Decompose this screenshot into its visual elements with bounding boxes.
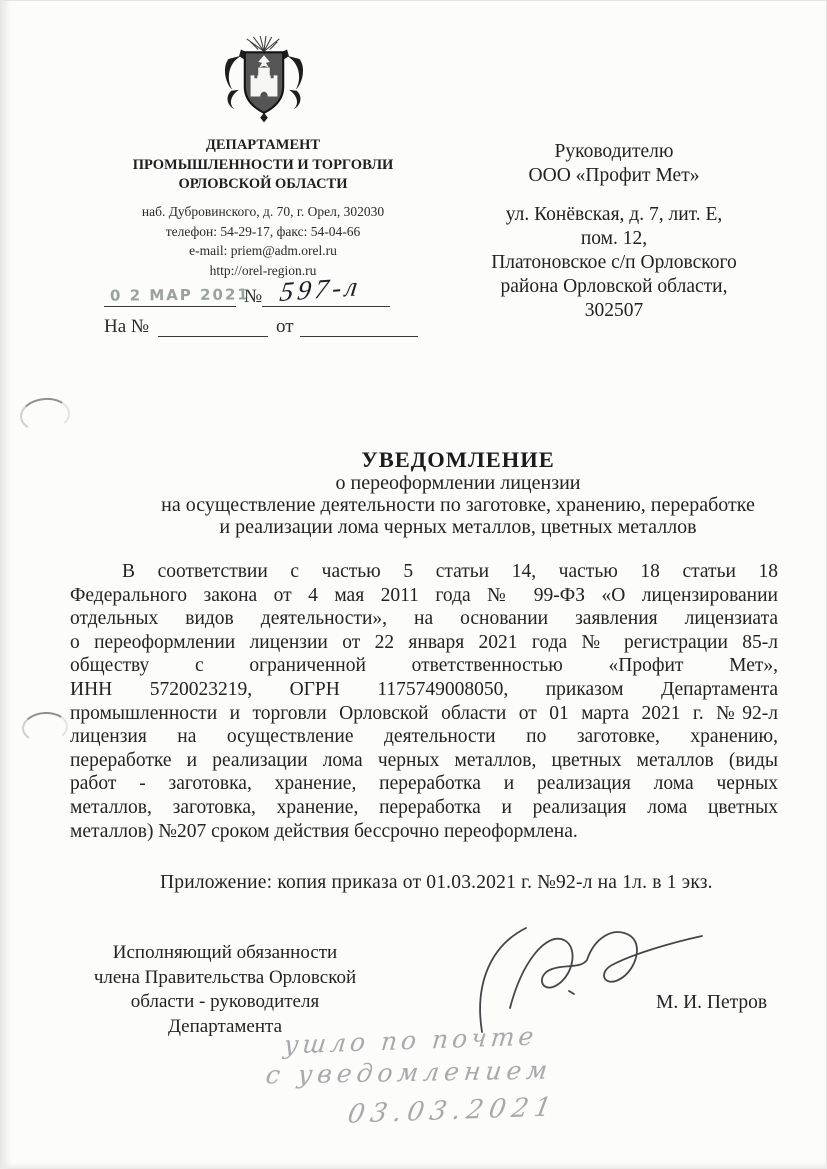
notice-subtitle-line: на осуществление деятельности по заготов… [80, 495, 827, 517]
body-line: ИНН 5720023219, ОГРН 1175749008050, прик… [70, 678, 778, 702]
body-line: лицензия на осуществление деятельности п… [70, 725, 778, 749]
reply-number-label: На № [104, 316, 149, 338]
handwritten-note-date: 03.03.2021 [345, 1092, 559, 1129]
body-line: переработке и реализации лома черных мет… [70, 749, 778, 773]
body-line: обществу с ограниченной ответственностью… [70, 654, 778, 678]
notice-heading: УВЕДОМЛЕНИЕ [80, 447, 827, 473]
scan-edge-shadow [0, 0, 11, 1169]
body-paragraph: В соответствии с частью 5 статьи 14, час… [70, 560, 778, 843]
body-line: металлов) №207 сроком действия бессрочно… [70, 820, 778, 844]
recipient-org-line: ООО «Профит Мет» [432, 164, 796, 188]
date-underline [104, 306, 236, 307]
body-line: металлов, заготовка, хранение, переработ… [70, 796, 778, 820]
reply-date-underline [300, 336, 418, 337]
body-line: промышленности и торговли Орловской обла… [70, 702, 778, 726]
notice-subtitle-line: и реализации лома черных металлов, цветн… [80, 517, 827, 539]
body-line: отдельных видов деятельности», на основа… [70, 607, 778, 631]
recipient-title-line: Руководителю [432, 140, 796, 164]
punch-hole-mark [21, 710, 69, 744]
body-line: о переоформлении лицензии от 22 января 2… [70, 631, 778, 655]
number-underline [262, 306, 390, 307]
sender-contact-block: наб. Дубровинского, д. 70, г. Орел, 3020… [96, 202, 430, 280]
reply-number-underline [158, 336, 268, 337]
sender-website-line: http://orel-region.ru [96, 261, 430, 281]
signer-position-line: Исполняющий обязанности [78, 941, 372, 966]
recipient-address-line: ул. Конёвская, д. 7, лит. Е, [432, 203, 796, 227]
sender-email-line: e-mail: priem@adm.orel.ru [96, 241, 430, 261]
sender-name-line: ДЕПАРТАМЕНТ [96, 136, 430, 156]
sender-address-line: наб. Дубровинского, д. 70, г. Орел, 3020… [96, 202, 430, 222]
notice-subtitle-line: о переоформлении лицензии [80, 473, 827, 495]
reply-date-label: от [276, 316, 294, 338]
recipient-block: Руководителю ООО «Профит Мет» ул. Конёвс… [432, 140, 796, 323]
handwritten-signature [452, 912, 714, 1040]
recipient-gap [432, 188, 796, 203]
body-line: Федерального закона от 4 мая 2011 года №… [70, 584, 778, 608]
outgoing-number-handwritten: 597-л [278, 271, 363, 308]
oryol-coat-of-arms-icon [216, 36, 312, 132]
attachment-line: Приложение: копия приказа от 01.03.2021 … [160, 872, 713, 894]
incoming-date-stamp: 0 2 МАР 2021 [110, 285, 250, 304]
document-title-block: УВЕДОМЛЕНИЕ о переоформлении лицензии на… [80, 447, 827, 538]
body-line: В соответствии с частью 5 статьи 14, час… [70, 560, 778, 584]
signer-position-block: Исполняющий обязанности члена Правительс… [78, 941, 372, 1039]
punch-hole-mark [18, 395, 71, 434]
sender-name-line: ПРОМЫШЛЕННОСТИ И ТОРГОВЛИ [96, 156, 430, 176]
recipient-postcode-line: 302507 [432, 299, 796, 323]
sender-department-name: ДЕПАРТАМЕНТ ПРОМЫШЛЕННОСТИ И ТОРГОВЛИ ОР… [96, 136, 430, 195]
signer-position-line: члена Правительства Орловской [78, 966, 372, 991]
scan-edge-shadow [0, 1162, 827, 1169]
signer-name: М. И. Петров [656, 992, 767, 1014]
body-line: работ - заготовка, хранение, переработка… [70, 772, 778, 796]
handwritten-note-line: с уведомлением [264, 1055, 554, 1089]
recipient-address-line: района Орловской области, [432, 275, 796, 299]
number-sign-label: № [244, 286, 262, 308]
recipient-address-line: пом. 12, [432, 227, 796, 251]
sender-phone-line: телефон: 54-29-17, факс: 54-04-66 [96, 222, 430, 242]
scanned-letter-page: ДЕПАРТАМЕНТ ПРОМЫШЛЕННОСТИ И ТОРГОВЛИ ОР… [0, 0, 827, 1169]
recipient-address-line: Платоновское с/п Орловского [432, 251, 796, 275]
sender-name-line: ОРЛОВСКОЙ ОБЛАСТИ [96, 175, 430, 195]
